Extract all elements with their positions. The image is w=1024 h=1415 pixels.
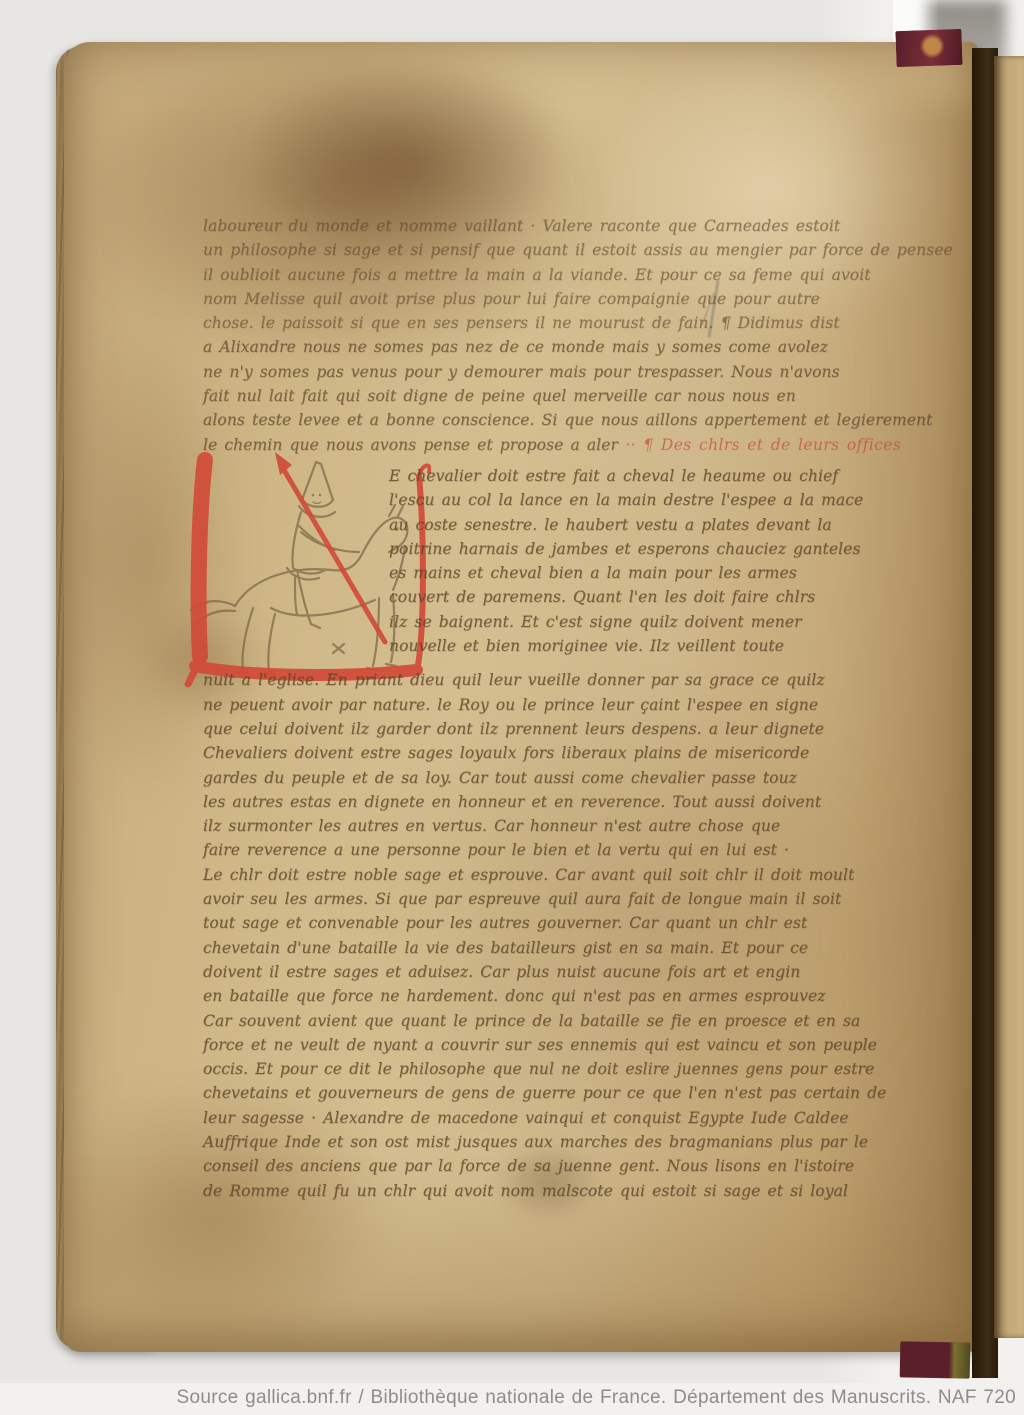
- manuscript-line: conseil des anciens que par la force de …: [203, 1154, 943, 1178]
- red-binding-tab-bottom: [900, 1341, 971, 1378]
- manuscript-line: un philosophe si sage et si pensif que q…: [203, 238, 943, 262]
- manuscript-line: avoir seu les armes. Si que par espreuve…: [203, 887, 943, 911]
- manuscript-line: occis. Et pour ce dit le philosophe que …: [203, 1057, 943, 1081]
- manuscript-line: fait nul lait fait qui soit digne de pei…: [203, 384, 943, 408]
- manuscript-line: au coste senestre. le haubert vestu a pl…: [389, 513, 943, 537]
- manuscript-line: E chevalier doit estre fait a cheval le …: [389, 464, 943, 488]
- manuscript-line: nouvelle et bien moriginee vie. Ilz veil…: [389, 634, 943, 658]
- manuscript-line: ilz se baignent. Et c'est signe quilz do…: [389, 610, 943, 634]
- red-binding-tab-top: [895, 29, 962, 67]
- gallica-manuscript-scan: laboureur du monde et nomme vaillant · V…: [0, 0, 1024, 1415]
- manuscript-line: force et ne veult de nyant a couvrir sur…: [203, 1033, 943, 1057]
- manuscript-line: Car souvent avient que quant le prince d…: [203, 1009, 943, 1033]
- manuscript-line: poitrine harnais de jambes et esperons c…: [389, 537, 943, 561]
- manuscript-line: couvert de paremens. Quant l'en les doit…: [389, 585, 943, 609]
- manuscript-line: leur sagesse · Alexandre de macedone vai…: [203, 1106, 943, 1130]
- manuscript-line: alons teste levee et a bonne conscience.…: [203, 408, 943, 432]
- manuscript-line: a Alixandre nous ne somes pas nez de ce …: [203, 335, 943, 359]
- manuscript-line: ne peuent avoir par nature. le Roy ou le…: [203, 693, 943, 717]
- manuscript-line: Chevaliers doivent estre sages loyaulx f…: [203, 741, 943, 765]
- chapter-rubric: ·· ¶ Des chlrs et de leurs offices: [618, 436, 901, 454]
- manuscript-line: gardes du peuple et de sa loy. Car tout …: [203, 766, 943, 790]
- manuscript-line: es mains et cheval bien a la main pour l…: [389, 561, 943, 585]
- manuscript-line: tout sage et convenable pour les autres …: [203, 911, 943, 935]
- manuscript-line: Auffrique Inde et son ost mist jusques a…: [203, 1130, 943, 1154]
- text-block: laboureur du monde et nomme vaillant · V…: [203, 214, 943, 1203]
- manuscript-line: chevetains et gouverneurs de gens de gue…: [203, 1081, 943, 1105]
- manuscript-line: les autres estas en dignete en honneur e…: [203, 790, 943, 814]
- facing-page-sliver: [994, 56, 1024, 1338]
- manuscript-line: ne n'y somes pas venus pour y demourer m…: [203, 360, 943, 384]
- manuscript-line: de Romme quil fu un chlr qui avoit nom m…: [203, 1179, 943, 1203]
- manuscript-page: laboureur du monde et nomme vaillant · V…: [64, 42, 978, 1352]
- gallica-credit-band: Source gallica.bnf.fr / Bibliothèque nat…: [0, 1383, 1024, 1415]
- manuscript-line: il oublioit aucune fois a mettre la main…: [203, 263, 943, 287]
- manuscript-line: chevetain d'une bataille la vie des bata…: [203, 936, 943, 960]
- manuscript-line: que celui doivent ilz garder dont ilz pr…: [203, 717, 943, 741]
- manuscript-line: laboureur du monde et nomme vaillant · V…: [203, 214, 943, 238]
- manuscript-line: nuit a l'eglise. En priant dieu quil leu…: [203, 668, 943, 692]
- manuscript-line: doivent il estre sages et aduisez. Car p…: [203, 960, 943, 984]
- manuscript-line: nom Melisse quil avoit prise plus pour l…: [203, 287, 943, 311]
- manuscript-line: en bataille que force ne hardement. donc…: [203, 984, 943, 1008]
- manuscript-line: le chemin que nous avons pense et propos…: [203, 433, 943, 457]
- manuscript-line: chose. le paissoit si que en ses pensers…: [203, 311, 943, 335]
- manuscript-line: Le chlr doit estre noble sage et esprouv…: [203, 863, 943, 887]
- manuscript-line: ilz surmonter les autres en vertus. Car …: [203, 814, 943, 838]
- manuscript-line: faire reverence a une personne pour le b…: [203, 838, 943, 862]
- source-credit: Source gallica.bnf.fr / Bibliothèque nat…: [177, 1387, 1016, 1409]
- manuscript-line: l'escu au col la lance en la main destre…: [389, 488, 943, 512]
